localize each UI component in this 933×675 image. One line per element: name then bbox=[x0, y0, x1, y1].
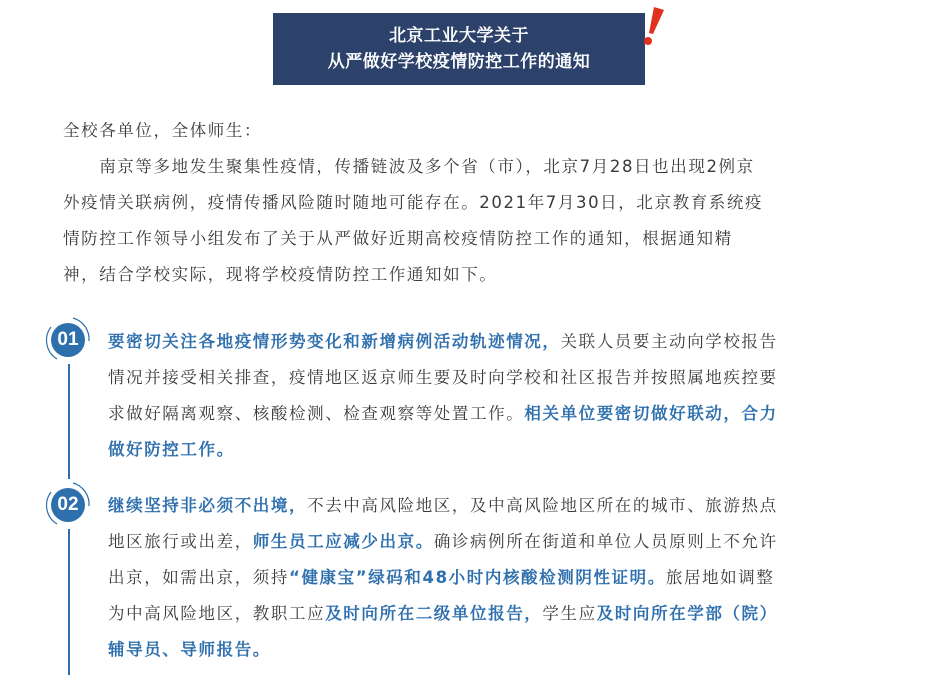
body-text: 不去中高风险地区，及中高风险地区所在的城市、旅游热点 bbox=[307, 496, 778, 515]
emphasis-text: 及时向所在二级单位报告， bbox=[325, 604, 542, 623]
section-line: 辅导员、导师报告。 bbox=[108, 632, 778, 668]
title-line-1: 北京工业大学关于 bbox=[273, 23, 645, 49]
section-line: 要密切关注各地疫情形势变化和新增病例活动轨迹情况，关联人员要主动向学校报告 bbox=[108, 324, 778, 360]
emphasis-text: 要密切关注各地疫情形势变化和新增病例活动轨迹情况， bbox=[108, 332, 561, 351]
section-number-badge: 01 bbox=[51, 323, 85, 357]
body-text: 出京，如需出京，须持 bbox=[108, 568, 289, 587]
section-line: 地区旅行或出差，师生员工应减少出京。确诊病例所在街道和单位人员原则上不允许 bbox=[108, 524, 778, 560]
section-number-badge: 02 bbox=[51, 488, 85, 522]
body-text: 旅居地如调整 bbox=[666, 568, 775, 587]
emphasis-text: 继续坚持非必须不出境， bbox=[108, 496, 307, 515]
emphasis-text: 辅导员、导师报告。 bbox=[108, 640, 271, 659]
section-line: 情况并接受相关排查，疫情地区返京师生要及时向学校和社区报告并按照属地疾控要 bbox=[108, 360, 778, 396]
intro-line: 南京等多地发生聚集性疫情，传播链波及多个省（市），北京7月28日也出现2例京 bbox=[63, 149, 763, 185]
body-text: 情况并接受相关排查，疫情地区返京师生要及时向学校和社区报告并按照属地疾控要 bbox=[108, 368, 778, 387]
section-line: 继续坚持非必须不出境，不去中高风险地区，及中高风险地区所在的城市、旅游热点 bbox=[108, 488, 778, 524]
section-line: 出京，如需出京，须持“健康宝”绿码和48小时内核酸检测阴性证明。旅居地如调整 bbox=[108, 560, 778, 596]
intro-paragraph: 南京等多地发生聚集性疫情，传播链波及多个省（市），北京7月28日也出现2例京 外… bbox=[63, 149, 763, 293]
emphasis-text: 相关单位要密切做好联动，合力 bbox=[524, 404, 777, 423]
emphasis-text: 及时向所在学部（院） bbox=[597, 604, 778, 623]
section-02-body: 继续坚持非必须不出境，不去中高风险地区，及中高风险地区所在的城市、旅游热点地区旅… bbox=[108, 488, 778, 668]
section-line: 做好防控工作。 bbox=[108, 432, 778, 468]
title-line-2: 从严做好学校疫情防控工作的通知 bbox=[273, 49, 645, 75]
emphasis-text: 师生员工应减少出京。 bbox=[253, 532, 434, 551]
section-line: 求做好隔离观察、核酸检测、检查观察等处置工作。相关单位要密切做好联动，合力 bbox=[108, 396, 778, 432]
intro-line: 神，结合学校实际，现将学校疫情防控工作通知如下。 bbox=[63, 257, 763, 293]
section-01-body: 要密切关注各地疫情形势变化和新增病例活动轨迹情况，关联人员要主动向学校报告情况并… bbox=[108, 324, 778, 468]
intro-line: 情防控工作领导小组发布了关于从严做好近期高校疫情防控工作的通知，根据通知精 bbox=[63, 221, 763, 257]
timeline-line bbox=[68, 364, 70, 479]
exclamation-icon bbox=[642, 7, 666, 47]
section-line: 为中高风险地区，教职工应及时向所在二级单位报告，学生应及时向所在学部（院） bbox=[108, 596, 778, 632]
timeline-line bbox=[68, 529, 70, 675]
body-text: 为中高风险地区，教职工应 bbox=[108, 604, 325, 623]
body-text: 地区旅行或出差， bbox=[108, 532, 253, 551]
body-text: 确诊病例所在街道和单位人员原则上不允许 bbox=[434, 532, 778, 551]
intro-line: 外疫情关联病例，疫情传播风险随时随地可能存在。2021年7月30日，北京教育系统… bbox=[63, 185, 763, 221]
emphasis-text: “健康宝”绿码和48小时内核酸检测阴性证明。 bbox=[289, 568, 666, 587]
greeting: 全校各单位，全体师生： bbox=[63, 113, 262, 149]
body-text: 关联人员要主动向学校报告 bbox=[561, 332, 778, 351]
emphasis-text: 做好防控工作。 bbox=[108, 440, 235, 459]
body-text: 学生应 bbox=[542, 604, 596, 623]
body-text: 求做好隔离观察、核酸检测、检查观察等处置工作。 bbox=[108, 404, 524, 423]
notice-title-banner: 北京工业大学关于 从严做好学校疫情防控工作的通知 bbox=[273, 13, 645, 85]
